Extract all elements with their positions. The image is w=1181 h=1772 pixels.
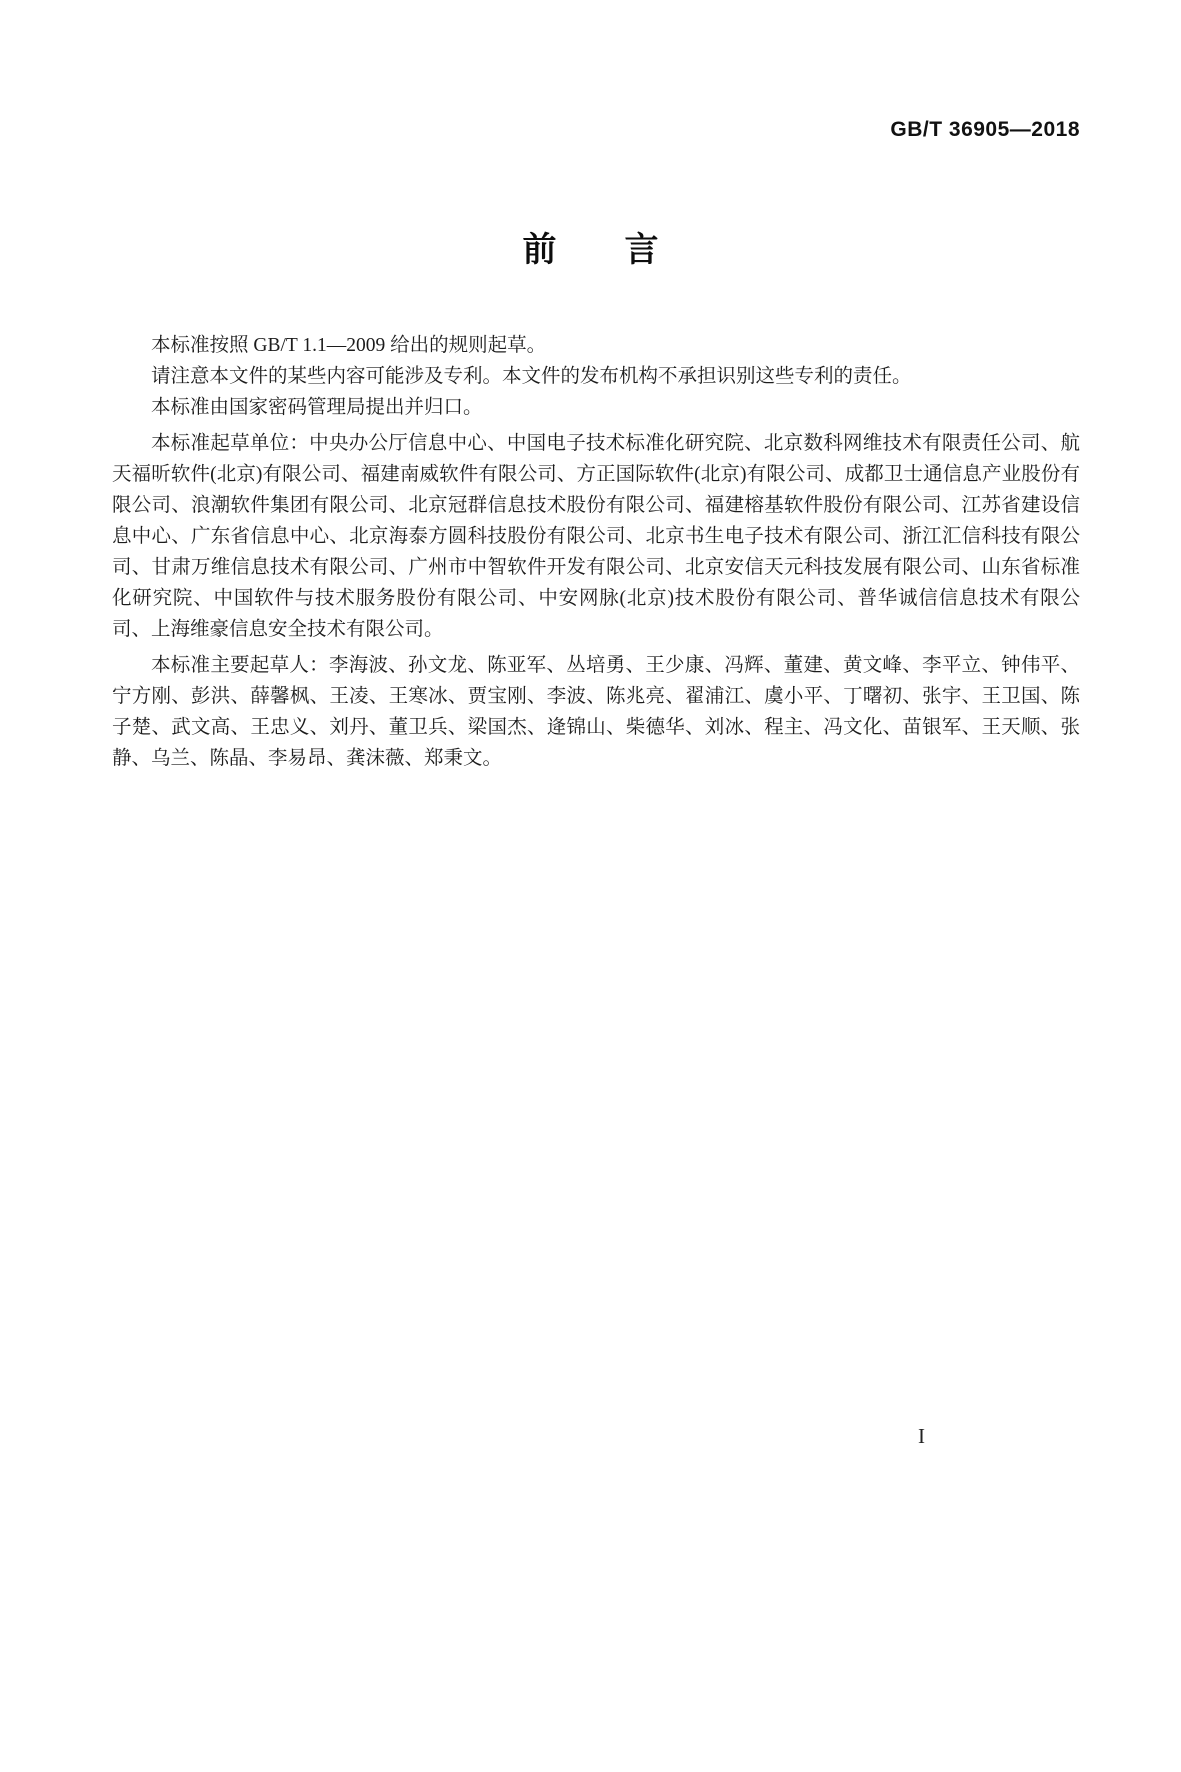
para-main-drafters: 本标准主要起草人：李海波、孙文龙、陈亚军、丛培勇、王少康、冯辉、董建、黄文峰、李…	[112, 650, 1080, 774]
para-issuer: 本标准由国家密码管理局提出并归口。	[112, 392, 1080, 423]
page-number: I	[918, 1424, 925, 1449]
page-title: 前 言	[0, 222, 1181, 271]
standard-code: GB/T 36905—2018	[112, 118, 1080, 142]
para-drafting-rule: 本标准按照 GB/T 1.1—2009 给出的规则起草。	[112, 330, 1080, 361]
foreword-body: 本标准按照 GB/T 1.1—2009 给出的规则起草。 请注意本文件的某些内容…	[112, 330, 1080, 774]
para-patent-notice: 请注意本文件的某些内容可能涉及专利。本文件的发布机构不承担识别这些专利的责任。	[112, 361, 1080, 392]
document-page: GB/T 36905—2018 前 言 本标准按照 GB/T 1.1—2009 …	[0, 0, 1181, 1772]
para-drafting-organizations: 本标准起草单位：中央办公厅信息中心、中国电子技术标准化研究院、北京数科网维技术有…	[112, 428, 1080, 645]
